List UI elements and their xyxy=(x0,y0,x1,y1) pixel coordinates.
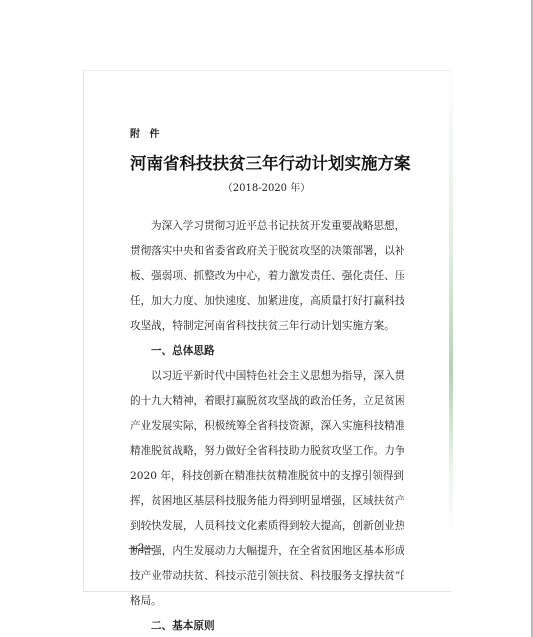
text-line: 挥，贫困地区基层科技服务能力得到明显增强，区域扶贫产业得 xyxy=(130,489,404,514)
page-number: —2— xyxy=(128,543,154,554)
text-line: 到较快发展，人员科技文化素质得到较大提高，创新创业热情不 xyxy=(130,514,404,539)
text-line: 以习近平新时代中国特色社会主义思想为指导，深入贯彻党 xyxy=(130,364,404,389)
section-heading-basic-principles: 二、基本原则 xyxy=(130,614,404,637)
text-line: 精准脱贫战略，努力做好全省科技助力脱贫攻坚工作。力争到 xyxy=(130,439,404,464)
text-line: 贯彻落实中央和省委省政府关于脱贫攻坚的决策部署，以补短 xyxy=(130,239,404,264)
text-line: 板、强弱项、抓整改为中心，着力激发责任、强化责任、压实责 xyxy=(130,264,404,289)
text-line: 2020 年，科技创新在精准扶贫精准脱贫中的支撑引领得到充分发 xyxy=(130,464,404,489)
text-line: 任，加大力度、加快速度、加紧进度，高质量打好打赢科技扶贫 xyxy=(130,289,404,314)
text-line: 的十九大精神，着眼打赢脱贫攻坚战的政治任务，立足贫困地区 xyxy=(130,389,404,414)
attachment-label: 附 件 xyxy=(130,125,162,140)
intro-paragraph: 为深入学习贯彻习近平总书记扶贫开发重要战略思想，全面 贯彻落实中央和省委省政府关… xyxy=(130,214,404,339)
text-line: 格局。 xyxy=(130,589,404,614)
section-1-paragraph: 以习近平新时代中国特色社会主义思想为指导，深入贯彻党 的十九大精神，着眼打赢脱贫… xyxy=(130,364,404,614)
text-line: 攻坚战，特制定河南省科技扶贫三年行动计划实施方案。 xyxy=(130,314,404,339)
text-line: 产业发展实际，积极统筹全省科技资源，深入实施科技精准扶贫 xyxy=(130,414,404,439)
text-line: 技产业带动扶贫、科技示范引领扶贫、科技服务支撑扶贫”的新 xyxy=(130,564,404,589)
text-line: 断增强，内生发展动力大幅提升，在全省贫困地区基本形成“科 xyxy=(130,539,404,564)
document-title: 河南省科技扶贫三年行动计划实施方案 xyxy=(130,150,403,174)
scan-edge-shadow xyxy=(449,60,453,540)
text-line: 为深入学习贯彻习近平总书记扶贫开发重要战略思想，全面 xyxy=(130,214,404,239)
section-heading-overall-approach: 一、总体思路 xyxy=(130,339,404,364)
document-subtitle: （2018-2020 年） xyxy=(130,179,403,194)
document-body: 为深入学习贯彻习近平总书记扶贫开发重要战略思想，全面 贯彻落实中央和省委省政府关… xyxy=(130,214,404,637)
